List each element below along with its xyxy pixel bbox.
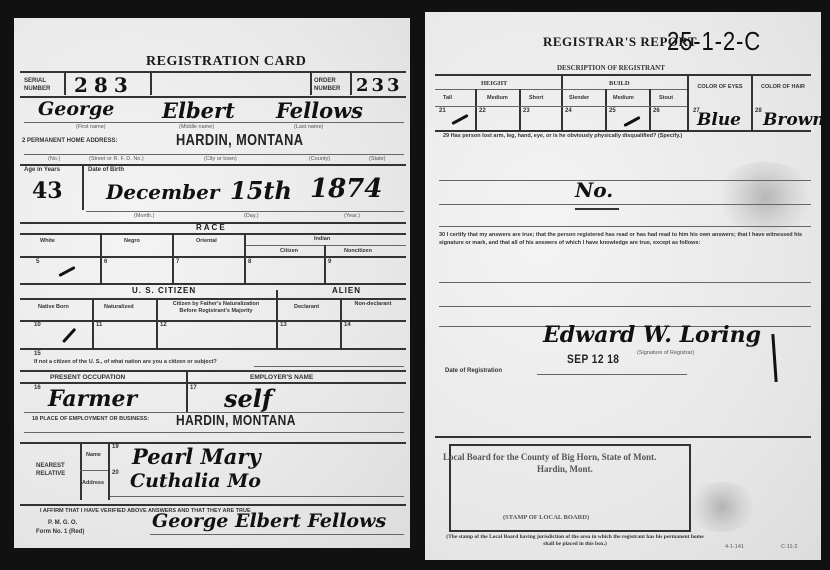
field-number: 22 [479,108,486,114]
ink-smudge [687,482,757,532]
alien-header: ALIEN [332,286,361,295]
ink-smudge [715,162,815,232]
naturalized-label: Naturalized [104,304,134,310]
divider [324,245,326,283]
name-first: George [38,98,114,120]
divider [439,306,811,307]
divider [20,283,406,285]
relative-name: Pearl Mary [132,444,261,469]
registrar-signature: Edward W. Loring [543,322,761,348]
order-number-label: ORDER NUMBER [314,77,350,93]
divider [475,89,477,130]
field-number: 28 [755,108,762,114]
divider [751,74,753,130]
field-number: 5 [36,259,39,265]
divider [649,89,651,130]
build-medium-checkmark [621,116,643,126]
employment-place-label: 18 PLACE OF EMPLOYMENT OR BUSINESS: [32,416,149,422]
address-city-label: (City or town) [204,156,237,162]
divider [435,74,811,76]
order-number: 233 [356,75,403,96]
relative-address-label: Address [82,480,104,486]
dob-label: Date of Birth [88,167,124,173]
divider [435,130,811,132]
occupation-label: PRESENT OCCUPATION [50,374,125,381]
dob-day-label: (Day.) [244,213,259,219]
address-no-label: (No.) [48,156,60,162]
dob-month-label: (Month.) [134,213,154,219]
race-negro-label: Negro [124,238,140,244]
board-stamp-line2: Hardin, Mont. [537,464,593,474]
field-number: 6 [104,259,107,265]
divider [561,74,563,130]
race-white-checkmark [56,266,78,276]
home-address-label: 2 PERMANENT HOME ADDRESS: [22,138,117,144]
divider [20,370,406,372]
registration-date-label: Date of Registration [445,368,502,374]
field-number: 7 [176,259,179,265]
occupation-value: Farmer [48,386,137,412]
race-white-label: White [40,238,55,244]
divider [435,436,811,438]
name-last: Fellows [276,98,363,123]
divider [64,73,66,95]
build-stout-label: Stout [659,95,673,101]
hair-color-value: Brown [763,110,825,130]
hair-color-label: COLOR OF HAIR [755,84,811,91]
signature-flourish [771,334,777,382]
board-note: (The stamp of the Local Board having jur… [445,534,705,548]
field-number: 11 [96,322,102,328]
divider [92,298,94,348]
race-indian-citizen-label: Citizen [280,248,298,254]
name-middle: Elbert [162,98,235,123]
underline [575,208,619,210]
divider [86,211,404,212]
employer-value: self [224,384,272,413]
middle-name-label: (Middle name) [179,124,214,130]
eye-color-value: Blue [697,110,741,130]
us-citizen-header: U. S. CITIZEN [132,286,196,295]
field-number: 13 [280,322,287,328]
nearest-relative-label: NEAREST RELATIVE [36,462,80,478]
divider [20,256,406,258]
native-born-label: Native Born [38,304,69,310]
divider [310,73,312,95]
divider [537,374,687,375]
field-number: 26 [653,108,660,114]
divider [244,233,246,283]
field-number: 20 [112,470,119,476]
field-number: 12 [160,322,167,328]
footer-code-left: 4-1-141 [725,544,744,550]
height-header: HEIGHT [481,80,507,87]
registrar-signature-label: (Signature of Registrar) [637,350,694,356]
divider [20,164,406,166]
eye-color-label: COLOR OF EYES [695,84,745,91]
divider [254,366,404,367]
divider [246,245,406,246]
q29-label: 29 Has person lost arm, leg, hand, eye, … [443,133,807,140]
home-address: HARDIN, MONTANA [176,132,303,150]
divider [519,89,521,130]
dob-month: December [106,180,219,204]
age-value: 43 [32,178,63,204]
height-tall-label: Tall [443,95,452,101]
divider [439,282,811,283]
last-name-label: (Last name) [294,124,323,130]
registration-date: SEP 12 18 [567,352,619,366]
field-number: 9 [328,259,331,265]
divider [276,290,278,348]
form-code: P. M. G. O. [48,520,77,526]
relative-name-label: Name [86,452,101,458]
registration-card-back: REGISTRAR'S REPORT 25-1-2-C DESCRIPTION … [425,12,821,560]
divider [350,73,352,95]
age-label: Age in Years [24,167,60,173]
dob-day: 15th [230,176,292,205]
divider [108,442,110,500]
divider [20,348,406,350]
field-number: 8 [248,259,251,265]
dob-year: 1874 [310,174,382,204]
divider [156,298,158,348]
serial-number-label: SERIAL NUMBER [24,77,62,93]
divider [172,233,174,283]
description-header: DESCRIPTION OF REGISTRANT [557,64,665,72]
build-slender-label: Slender [569,95,589,101]
address-state-label: (State) [369,156,386,162]
divider [605,89,607,130]
height-short-label: Short [529,95,543,101]
race-indian-label: Indian [314,236,330,242]
declarant-label: Declarant [294,304,319,310]
field-number: 19 [112,444,119,450]
non-declarant-label: Non-declarant [348,301,398,308]
height-medium-label: Medium [487,95,508,101]
q30-text: 30 I certify that my answers are true; t… [439,232,811,247]
q15-label: If not a citizen of the U. S., of what n… [34,359,217,365]
divider [20,298,406,300]
field-number: 15 [34,351,41,357]
field-number: 17 [190,385,197,391]
address-street-label: (Street or R. F. D. No.) [89,156,144,162]
divider [100,233,102,283]
build-header: BUILD [609,80,630,87]
address-county-label: (County) [309,156,330,162]
dob-year-label: (Year.) [344,213,360,219]
board-stamp-line1: Local Board for the County of Big Horn, … [443,452,656,462]
stamp-code: 25-1-2-C [667,26,761,57]
field-number: 23 [523,108,530,114]
employer-label: EMPLOYER'S NAME [250,374,313,381]
height-tall-checkmark [449,114,471,124]
board-stamp-label: (STAMP OF LOCAL BOARD) [503,514,589,521]
employment-place: HARDIN, MONTANA [176,412,296,429]
divider [20,233,406,235]
q29-answer: No. [575,178,613,202]
native-born-checkmark [57,327,81,344]
citizen-by-father-label: Citizen by Father's Naturalization Befor… [164,301,268,315]
field-number: 14 [344,322,351,328]
race-indian-noncitizen-label: Noncitizen [344,248,372,254]
build-medium-label: Medium [613,95,634,101]
divider [20,504,406,506]
race-oriental-label: Oriental [196,238,217,244]
divider [80,470,108,471]
registration-card-front: REGISTRATION CARD SERIAL NUMBER 283 ORDE… [14,18,410,548]
divider [20,382,406,384]
form-number: Form No. 1 (Red) [36,529,84,535]
divider [687,74,689,130]
field-number: 24 [565,108,572,114]
divider [110,496,404,497]
field-number: 16 [34,385,41,391]
registrant-signature: George Elbert Fellows [152,510,386,532]
divider [82,164,84,210]
card-title: REGISTRATION CARD [146,54,306,70]
field-number: 25 [609,108,616,114]
footer-code-right: C-11-2 [781,544,797,550]
serial-number: 283 [74,73,134,97]
divider [24,432,404,433]
divider [150,534,404,535]
race-header: RACE [196,223,227,232]
divider [80,442,82,500]
first-name-label: (First name) [76,124,106,130]
relative-address: Cuthalia Mo [130,470,261,492]
field-number: 21 [439,108,446,114]
divider [340,298,342,348]
divider [24,154,404,155]
divider [24,122,404,123]
divider [186,370,188,412]
divider [435,106,687,107]
divider [150,73,152,95]
field-number: 10 [34,322,41,328]
